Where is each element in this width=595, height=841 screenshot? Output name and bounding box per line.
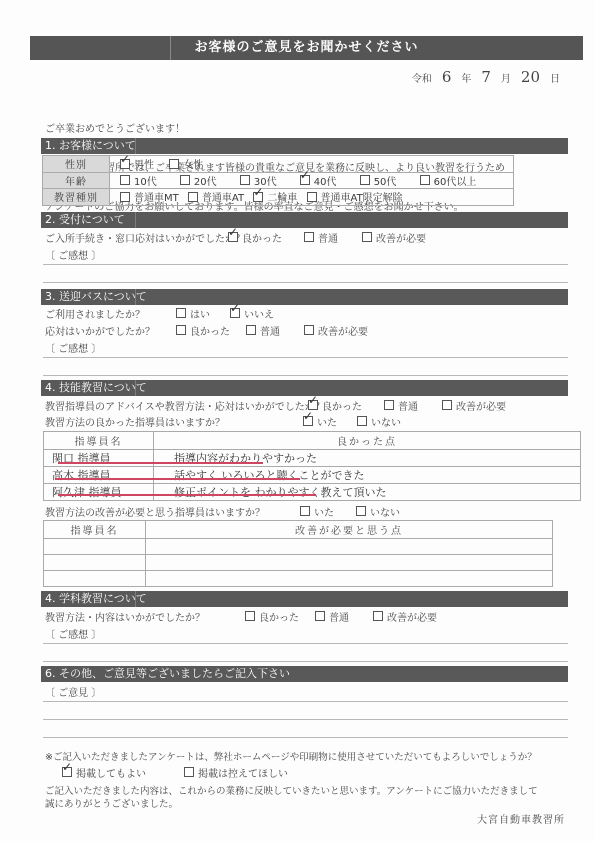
instructor-name-cell[interactable]: 高木 指導員 — [44, 467, 154, 484]
checkbox-average[interactable]: 普通 — [246, 323, 280, 338]
customer-info-table: 性別 男性 女性 年齢 10代 20代 30代 40代 50代 60代以上 教習… — [42, 155, 514, 206]
checkbox-icon — [360, 175, 370, 185]
improvement-point-cell[interactable] — [146, 555, 553, 571]
checkbox-50s[interactable]: 50代 — [360, 173, 397, 188]
checkbox-icon — [120, 175, 130, 185]
column-header-improvement-points: 改善が必要と思う点 — [146, 521, 553, 539]
age-options: 10代 20代 30代 40代 50代 60代以上 — [110, 172, 514, 189]
gender-options: 男性 女性 — [110, 156, 514, 173]
option-label: 20代 — [194, 173, 217, 188]
checkbox-icon — [304, 325, 314, 335]
option-label: 良かった — [322, 398, 362, 413]
permission-options: 掲載してもよい 掲載は控えてほしい — [62, 764, 300, 780]
checkbox-allow-publish[interactable]: 掲載してもよい — [62, 765, 146, 780]
checkbox-none[interactable]: いない — [357, 414, 401, 429]
column-header-good-points: 良かった点 — [154, 432, 581, 450]
section-header-reception: 2. 受付について — [41, 212, 568, 228]
title-divider — [170, 36, 171, 60]
checkbox-average[interactable]: 普通 — [304, 230, 338, 245]
date-year[interactable]: 6 — [442, 68, 452, 86]
table-header-row: 指導員名 改善が必要と思う点 — [44, 521, 553, 539]
checkbox-good[interactable]: 良かった — [176, 323, 230, 338]
checkbox-60s-plus[interactable]: 60代以上 — [420, 173, 477, 188]
option-label: 普通車AT — [202, 189, 244, 204]
checkbox-good[interactable]: 良かった — [245, 609, 299, 624]
checkbox-yes-there-was[interactable]: いた — [300, 504, 334, 519]
checkbox-checked-icon — [303, 416, 313, 426]
comment-label: 〔 ご感想 〕 — [45, 625, 101, 641]
date-year-unit: 年 — [461, 70, 471, 85]
instructor-name-cell[interactable] — [44, 539, 146, 555]
table-row: 関口 指導員 指導内容がわかりやすかった — [44, 450, 581, 467]
checkbox-icon — [176, 308, 186, 318]
option-label: 60代以上 — [434, 173, 477, 188]
comment-line[interactable] — [43, 375, 568, 376]
section-title: 3. 送迎バスについて — [45, 290, 147, 303]
section-header-other: 6. その他、ご意見等ございましたらご記入下さい — [41, 666, 568, 682]
row-label: 年齢 — [43, 172, 110, 189]
comment-line[interactable] — [43, 737, 568, 738]
comment-line[interactable] — [43, 357, 568, 358]
instructor-rating-row: 教習指導員のアドバイスや教習方法・応対はいかがでしたか？ 良かった 普通 改善が… — [45, 397, 518, 413]
checkbox-female[interactable]: 女性 — [169, 156, 203, 171]
option-label: 改善が必要 — [456, 398, 506, 413]
instructor-name-cell[interactable]: 関口 指導員 — [44, 450, 154, 467]
option-label: 10代 — [134, 173, 157, 188]
comment-line[interactable] — [43, 719, 568, 720]
question-text: 応対はいかがでしたか？ — [45, 323, 176, 338]
table-row: 高木 指導員 話やすく いろいろと聴くことができた — [44, 467, 581, 484]
instructor-name-cell[interactable]: 阿久津 指導員 — [44, 484, 154, 501]
option-label: 改善が必要 — [387, 609, 437, 624]
question-text: ご入所手続き・窓口応対はいかがでしたか？ — [45, 230, 228, 245]
option-label: 男性 — [134, 156, 154, 171]
question-text: 教習方法の改善が必要と思う指導員はいますか？ — [45, 504, 300, 519]
checkbox-no[interactable]: いいえ — [230, 306, 274, 321]
permission-question: ※ご記入いただきましたアンケートは、弊社ホームページや印刷物に使用させていただい… — [45, 748, 537, 764]
checkbox-checked-icon — [62, 767, 72, 777]
improve-instructor-table: 指導員名 改善が必要と思う点 — [43, 520, 553, 587]
survey-title-bar: お客様のご意見をお聞かせください — [30, 36, 583, 60]
section-divider — [135, 212, 136, 228]
checkbox-good[interactable]: 良かった — [228, 230, 282, 245]
good-point-cell[interactable]: 修正ポイントを わかりやすく教えて頂いた — [154, 484, 581, 501]
section-divider — [135, 591, 136, 607]
question-text: 教習指導員のアドバイスや教習方法・応対はいかがでしたか？ — [45, 398, 308, 413]
section-divider — [135, 289, 136, 305]
row-label: 教習種別 — [43, 189, 110, 206]
checkbox-good[interactable]: 良かった — [308, 398, 362, 413]
option-label: 良かった — [242, 230, 282, 245]
comment-label: 〔 ご感想 〕 — [45, 339, 101, 355]
date-day[interactable]: 20 — [521, 68, 540, 86]
checkbox-icon — [300, 506, 310, 516]
checkbox-checked-icon — [120, 159, 130, 169]
option-label: 改善が必要 — [318, 323, 368, 338]
checkbox-icon — [442, 400, 452, 410]
section-header-shuttle-bus: 3. 送迎バスについて — [41, 289, 568, 305]
table-row — [44, 539, 553, 555]
checkbox-average[interactable]: 普通 — [384, 398, 418, 413]
bus-usage-row: ご利用されましたか？ はい いいえ — [45, 305, 286, 321]
academic-question-row: 教習方法・内容はいかがでしたか？ 良かった 普通 改善が必要 — [45, 608, 449, 624]
option-label: 50代 — [374, 173, 397, 188]
option-label: はい — [190, 306, 210, 321]
checkbox-icon — [420, 175, 430, 185]
option-label: いいえ — [244, 306, 274, 321]
intro-line: ご卒業おめでとうございます！ — [45, 123, 505, 136]
instructor-name-cell[interactable] — [44, 571, 146, 587]
checkbox-none[interactable]: いない — [356, 504, 400, 519]
comment-line[interactable] — [43, 701, 568, 702]
checkbox-motorcycle[interactable]: 二輪車 — [253, 189, 297, 204]
section-header-academic: 4. 学科教習について — [41, 591, 568, 607]
checkbox-icon — [373, 611, 383, 621]
checkbox-average[interactable]: 普通 — [315, 609, 349, 624]
checkbox-checked-icon — [253, 192, 263, 202]
option-label: 掲載してもよい — [76, 765, 146, 780]
section-header-practical: 4. 技能教習について — [41, 380, 568, 396]
option-label: 普通 — [260, 323, 280, 338]
highlight-underline — [58, 494, 316, 496]
option-label: 普通車AT限定解除 — [321, 189, 403, 204]
option-label: いた — [317, 414, 337, 429]
good-instructor-table: 指導員名 良かった点 関口 指導員 指導内容がわかりやすかった 高木 指導員 話… — [43, 431, 581, 501]
reception-question-row: ご入所手続き・窓口応対はいかがでしたか？ 良かった 普通 改善が必要 — [45, 229, 438, 245]
table-row-age: 年齢 10代 20代 30代 40代 50代 60代以上 — [43, 172, 514, 189]
improvement-point-cell[interactable] — [146, 539, 553, 555]
improve-instructor-row: 教習方法の改善が必要と思う指導員はいますか？ いた いない — [45, 503, 412, 519]
checkbox-needs-improvement[interactable]: 改善が必要 — [442, 398, 506, 413]
checkbox-icon — [362, 232, 372, 242]
checkbox-10s[interactable]: 10代 — [120, 173, 157, 188]
column-header-instructor: 指導員名 — [44, 432, 154, 450]
checkbox-needs-improvement[interactable]: 改善が必要 — [362, 230, 426, 245]
comment-line[interactable] — [43, 282, 568, 283]
good-point-cell[interactable]: 指導内容がわかりやすかった — [154, 450, 581, 467]
checkbox-icon — [315, 611, 325, 621]
table-row-course: 教習種別 普通車MT 普通車AT 二輪車 普通車AT限定解除 — [43, 189, 514, 206]
option-label: 良かった — [259, 609, 299, 624]
checkbox-yes-there-was[interactable]: いた — [303, 414, 337, 429]
section-title: 4. 学科教習について — [45, 592, 147, 605]
course-options: 普通車MT 普通車AT 二輪車 普通車AT限定解除 — [110, 189, 514, 206]
checkbox-icon — [357, 416, 367, 426]
checkbox-icon — [384, 400, 394, 410]
checkbox-icon — [245, 611, 255, 621]
checkbox-icon — [246, 325, 256, 335]
checkbox-needs-improvement[interactable]: 改善が必要 — [373, 609, 437, 624]
option-label: 掲載は控えてほしい — [198, 765, 288, 780]
option-label: いない — [371, 414, 401, 429]
option-label: 女性 — [183, 156, 203, 171]
date-month[interactable]: 7 — [481, 68, 491, 86]
section-title: 4. 技能教習について — [45, 381, 147, 394]
checkbox-yes[interactable]: はい — [176, 306, 210, 321]
checkbox-needs-improvement[interactable]: 改善が必要 — [304, 323, 368, 338]
section-title: 1. お客様について — [45, 139, 136, 152]
option-label: 改善が必要 — [376, 230, 426, 245]
closing-text: ご記入いただきました内容は、これからの業務に反映していきたいと思います。アンケー… — [45, 785, 538, 811]
option-label: 普通車MT — [134, 189, 179, 204]
improvement-point-cell[interactable] — [146, 571, 553, 587]
bus-service-row: 応対はいかがでしたか？ 良かった 普通 改善が必要 — [45, 322, 380, 338]
checkbox-20s[interactable]: 20代 — [180, 173, 217, 188]
date-era: 令和 — [412, 70, 432, 85]
closing-line: ご記入いただきました内容は、これからの業務に反映していきたいと思います。アンケー… — [45, 785, 538, 798]
checkbox-icon — [188, 192, 198, 202]
comment-line[interactable] — [43, 661, 568, 662]
highlight-underline — [58, 462, 263, 464]
section-divider — [135, 138, 136, 154]
checkbox-at-limit-removal[interactable]: 普通車AT限定解除 — [307, 189, 403, 204]
checkbox-icon — [356, 506, 366, 516]
comment-line[interactable] — [43, 643, 568, 644]
option-label: 普通 — [318, 230, 338, 245]
checkbox-40s[interactable]: 40代 — [300, 173, 337, 188]
column-header-instructor: 指導員名 — [44, 521, 146, 539]
date-field: 令和 6 年 7 月 20 日 — [412, 68, 560, 86]
good-instructor-row: 教習方法の良かった指導員はいますか？ いた いない — [45, 413, 413, 429]
section-title: 2. 受付について — [45, 213, 125, 226]
question-text: 教習方法・内容はいかがでしたか？ — [45, 609, 245, 624]
option-label: 普通 — [398, 398, 418, 413]
checkbox-checked-icon — [230, 308, 240, 318]
checkbox-standard-at[interactable]: 普通車AT — [188, 189, 244, 204]
option-label: 二輪車 — [267, 189, 297, 204]
checkbox-checked-icon — [300, 175, 310, 185]
instructor-name-cell[interactable] — [44, 555, 146, 571]
checkbox-icon — [120, 192, 130, 202]
checkbox-icon — [307, 192, 317, 202]
table-row — [44, 555, 553, 571]
school-signature: 大宮自動車教習所 — [477, 811, 565, 826]
good-point-cell[interactable]: 話やすく いろいろと聴くことができた — [154, 467, 581, 484]
table-row-gender: 性別 男性 女性 — [43, 156, 514, 173]
comment-line[interactable] — [43, 264, 568, 265]
option-label: 40代 — [314, 173, 337, 188]
table-header-row: 指導員名 良かった点 — [44, 432, 581, 450]
survey-title: お客様のご意見をお聞かせください — [194, 40, 418, 55]
closing-line: 誠にありがとうございました。 — [45, 798, 538, 811]
date-month-unit: 月 — [501, 70, 511, 85]
checkbox-standard-mt[interactable]: 普通車MT — [120, 189, 179, 204]
highlight-underline — [55, 478, 300, 480]
table-row — [44, 571, 553, 587]
checkbox-icon — [180, 175, 190, 185]
comment-label: 〔 ご意見 〕 — [45, 683, 101, 699]
question-text: 教習方法の良かった指導員はいますか？ — [45, 414, 303, 429]
option-label: いない — [370, 504, 400, 519]
checkbox-icon — [176, 325, 186, 335]
comment-label: 〔 ご感想 〕 — [45, 246, 101, 262]
checkbox-male[interactable]: 男性 — [120, 156, 154, 171]
option-label: 普通 — [329, 609, 349, 624]
question-text: ご利用されましたか？ — [45, 306, 176, 321]
checkbox-checked-icon — [228, 232, 238, 242]
table-row: 阿久津 指導員 修正ポイントを わかりやすく教えて頂いた — [44, 484, 581, 501]
option-label: 良かった — [190, 323, 230, 338]
section-title: 6. その他、ご意見等ございましたらご記入下さい — [45, 667, 290, 680]
date-day-unit: 日 — [550, 70, 560, 85]
checkbox-icon — [184, 767, 194, 777]
checkbox-decline-publish[interactable]: 掲載は控えてほしい — [184, 765, 288, 780]
checkbox-icon — [304, 232, 314, 242]
row-label: 性別 — [43, 156, 110, 173]
checkbox-icon — [240, 175, 250, 185]
option-label: いた — [314, 504, 334, 519]
section-divider — [135, 380, 136, 396]
checkbox-icon — [169, 159, 179, 169]
